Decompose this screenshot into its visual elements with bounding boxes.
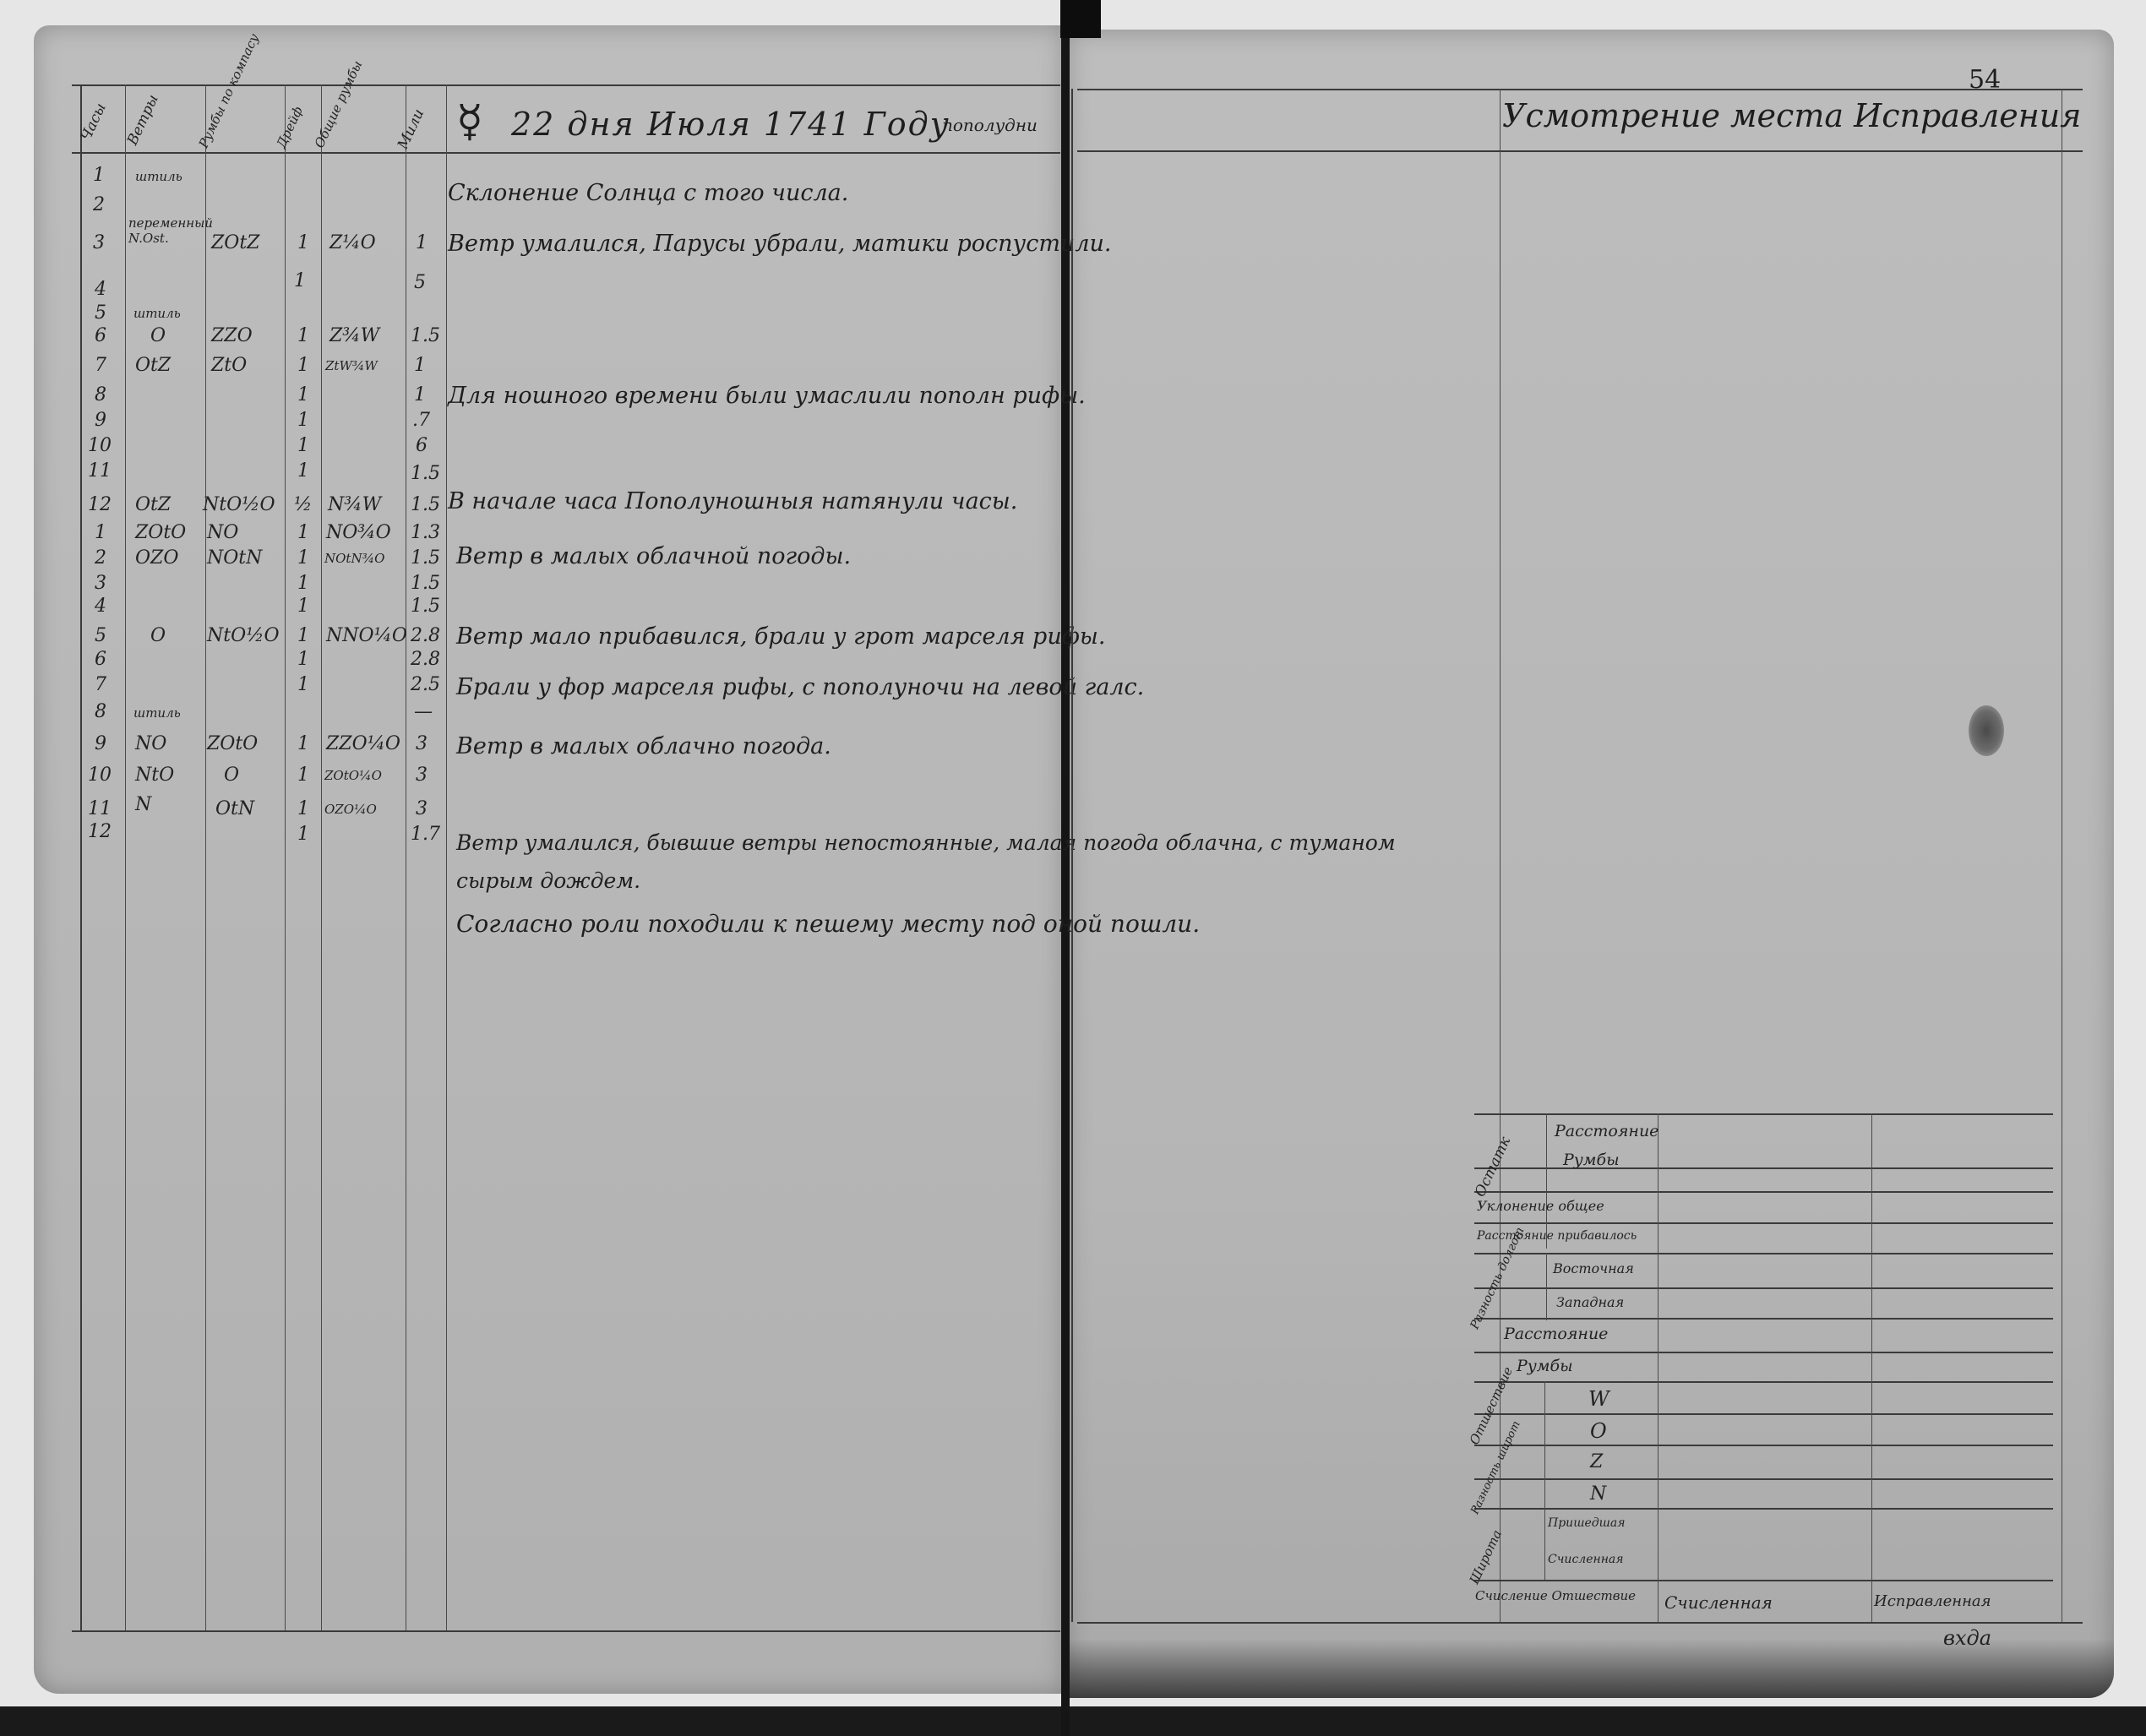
page-number: 54	[1969, 68, 2001, 93]
row-wind: OtZ	[135, 494, 171, 515]
row-rhumb: ZOtZ	[211, 232, 259, 253]
row-wind: ZOtO	[135, 522, 186, 543]
row-course: NNO¼O	[326, 625, 407, 646]
row-miles: 1.3	[411, 522, 440, 543]
summary-rule	[1474, 1413, 2053, 1415]
row-hour: 11	[88, 798, 112, 819]
row-course: Z¾W	[330, 325, 379, 346]
row-drift: 1	[297, 384, 309, 405]
row-hour: 3	[93, 232, 105, 253]
row-wind: штиль	[133, 705, 181, 721]
remark: Ветр умалился, бывшие ветры непостоянные…	[456, 832, 1396, 853]
row-hour: 4	[95, 279, 106, 300]
row-rhumb: OtN	[215, 798, 254, 819]
row-rhumb: NOtN	[207, 547, 262, 569]
row-hour: 11	[88, 460, 112, 482]
row-miles: 1.5	[411, 463, 440, 484]
col-rule-hour-left	[80, 84, 82, 1630]
row-miles: 1.5	[411, 573, 440, 594]
row-drift: 1	[297, 232, 309, 253]
summary-rule	[1474, 1478, 2053, 1480]
row-label-reckoned: Счисленная	[1548, 1553, 1624, 1566]
scanner-bed-edge	[0, 1706, 2146, 1736]
summary-rule	[1474, 1580, 2053, 1581]
summary-rule	[1474, 1113, 2053, 1115]
row-miles: 1	[416, 232, 428, 253]
row-drift: 1	[294, 270, 306, 291]
row-wind: OZO	[135, 547, 178, 569]
row-course: ZtW¾W	[325, 358, 378, 373]
summary-vrule	[1546, 1113, 1547, 1249]
book-gutter	[1061, 0, 1070, 1736]
date-title: 22 дня Июля 1741 Году	[511, 108, 950, 140]
footer-reckoned: Счисленная	[1664, 1592, 1773, 1613]
row-label-south-Z: Z	[1590, 1451, 1603, 1472]
row-drift: 1	[297, 596, 309, 617]
row-miles: 3	[416, 765, 428, 786]
row-hour: 6	[95, 649, 106, 670]
row-course: N¾W	[328, 494, 381, 515]
remark: Согласно роли походили к пешему месту по…	[456, 912, 1200, 936]
row-label-distance-added: Расстояние прибавилось	[1477, 1229, 1637, 1243]
col-rule-3	[285, 84, 286, 1630]
row-hour: 1	[95, 522, 106, 543]
row-miles: 3	[416, 733, 428, 754]
summary-rule	[1474, 1222, 2053, 1224]
col-rule-2	[205, 84, 206, 1630]
remark: Ветр в малых облачно погода.	[456, 735, 831, 758]
row-hour: 9	[95, 733, 106, 754]
row-miles: —	[414, 701, 433, 722]
row-hour: 12	[88, 494, 112, 515]
row-course: Z¼O	[330, 232, 376, 253]
row-wind: O	[150, 325, 166, 346]
row-hour: 9	[95, 410, 106, 431]
col-rule-6	[446, 84, 447, 1630]
row-drift: 1	[297, 798, 309, 819]
summary-vrule	[1871, 1113, 1872, 1622]
row-drift: 1	[297, 325, 309, 346]
right-page-title: Усмотрение места Исправления	[1502, 100, 2081, 132]
row-wind: O	[150, 625, 166, 646]
summary-vrule	[1544, 1381, 1545, 1580]
summary-rule	[1474, 1167, 2053, 1169]
row-drift: 1	[297, 522, 309, 543]
remark: Для ношного времени были умаслили пополн…	[448, 384, 1086, 407]
row-hour: 4	[95, 596, 106, 617]
row-drift: ½	[294, 494, 312, 515]
row-drift: 1	[297, 649, 309, 670]
right-header-bottom-rule	[1077, 150, 2083, 152]
remark: Ветр мало прибавился, брали у грот марсе…	[456, 625, 1105, 648]
row-label-arrived: Пришедшая	[1548, 1516, 1626, 1530]
row-hour: 10	[88, 765, 112, 786]
bottom-rule	[72, 1630, 1060, 1632]
mercury-day-symbol: ☿	[456, 100, 483, 144]
binding-block	[1060, 0, 1101, 38]
row-drift: 1	[297, 674, 309, 695]
row-hour: 5	[95, 625, 106, 646]
row-hour: 8	[95, 701, 106, 722]
row-miles: 1.5	[411, 325, 440, 346]
footer-corrected-sub: вхда	[1943, 1626, 1991, 1650]
row-hour: 2	[95, 547, 106, 569]
row-label-east-O: O	[1590, 1419, 1607, 1443]
date-title-suffix: пополудни	[942, 117, 1038, 133]
summary-vrule	[1546, 1253, 1547, 1320]
summary-vrule	[1658, 1113, 1659, 1622]
row-rhumb: NtO½O	[203, 494, 275, 515]
row-miles: 6	[416, 435, 428, 456]
summary-rule	[1474, 1318, 2053, 1320]
row-course: NO¾O	[326, 522, 391, 543]
col-rule-4	[321, 84, 322, 1630]
row-wind: штиль	[133, 306, 181, 321]
row-miles: 2.5	[411, 674, 440, 695]
row-miles: 2.8	[411, 649, 440, 670]
row-label-rhumbs-2: Румбы	[1517, 1357, 1573, 1375]
row-hour: 7	[95, 355, 106, 376]
row-miles: 2.8	[411, 625, 440, 646]
remark: Склонение Солнца с того числа.	[448, 182, 848, 204]
row-rhumb: NO	[207, 522, 238, 543]
header-top-rule	[72, 84, 1060, 86]
row-course: OZO¼O	[324, 802, 377, 817]
row-miles: 5	[414, 272, 426, 293]
row-drift: 1	[297, 355, 309, 376]
row-drift: 1	[297, 733, 309, 754]
row-hour: 2	[93, 194, 105, 215]
row-wind: NtO	[135, 765, 174, 786]
row-label-west-W: W	[1588, 1387, 1609, 1411]
row-label-distance-2: Расстояние	[1504, 1325, 1608, 1343]
row-hour: 5	[95, 302, 106, 324]
row-drift: 1	[297, 435, 309, 456]
row-drift: 1	[297, 573, 309, 594]
summary-rule	[1474, 1287, 2053, 1289]
row-hour: 1	[93, 165, 105, 186]
row-wind: переменный N.Ost.	[128, 215, 203, 246]
summary-rule	[1474, 1253, 2053, 1254]
row-hour: 3	[95, 573, 106, 594]
remark: Ветр в малых облачной погоды.	[456, 545, 851, 568]
row-miles: 3	[416, 798, 428, 819]
row-hour: 8	[95, 384, 106, 405]
ink-blot	[1969, 705, 2004, 756]
remark: сырым дождем.	[456, 870, 640, 891]
row-course: ZOtO¼O	[324, 768, 382, 783]
row-label-north-N: N	[1590, 1483, 1606, 1505]
right-page-right-rule	[2062, 89, 2062, 1622]
footer-reckoning-departure: Счисление Отшествие	[1475, 1588, 1636, 1603]
row-hour: 6	[95, 325, 106, 346]
row-wind: OtZ	[135, 355, 171, 376]
row-miles: 1.5	[411, 596, 440, 617]
row-miles: .7	[412, 410, 430, 431]
footer-corrected: Исправленная	[1874, 1592, 1991, 1610]
row-miles: 1.5	[411, 547, 440, 569]
left-page	[34, 25, 1065, 1694]
row-miles: 1.5	[411, 494, 440, 515]
remark: Брали у фор марселя рифы, с пополуночи н…	[456, 676, 1144, 699]
row-drift: 1	[297, 547, 309, 569]
row-drift: 1	[297, 824, 309, 845]
row-rhumb: NtO½O	[207, 625, 280, 646]
row-wind: N	[135, 794, 151, 815]
col-rule-5	[406, 84, 406, 1630]
row-label-distance: Расстояние	[1555, 1122, 1659, 1140]
row-label-west: Западная	[1556, 1294, 1624, 1310]
row-drift: 1	[297, 765, 309, 786]
header-bottom-rule	[72, 152, 1060, 154]
col-rule-1	[125, 84, 126, 1630]
row-hour: 7	[95, 674, 106, 695]
remark: В начале часа Пополуношныя натянули часы…	[448, 490, 1017, 513]
row-rhumb: ZZO	[211, 325, 253, 346]
right-page	[1066, 30, 2114, 1698]
row-drift: 1	[297, 410, 309, 431]
right-header-top-rule	[1077, 89, 2083, 90]
summary-rule	[1474, 1381, 2053, 1383]
summary-rule	[1474, 1508, 2053, 1510]
row-rhumb: ZOtO	[207, 733, 258, 754]
remark: Ветр умалился, Парусы убрали, матики рос…	[448, 232, 1111, 255]
row-drift: 1	[297, 460, 309, 482]
row-hour: 10	[88, 435, 112, 456]
row-rhumb: O	[224, 765, 239, 786]
summary-rule	[1474, 1352, 2053, 1353]
row-hour: 12	[88, 821, 112, 842]
row-rhumb: ZtO	[211, 355, 247, 376]
row-miles: 1.7	[411, 824, 440, 845]
row-wind: NO	[135, 733, 166, 754]
summary-rule	[1474, 1191, 2053, 1193]
row-course: NOtN¾O	[324, 551, 384, 566]
row-label-general-deviation: Уклонение общее	[1477, 1198, 1604, 1214]
row-miles: 1	[414, 384, 426, 405]
row-course: ZZO¼O	[326, 733, 400, 754]
summary-rule	[1474, 1445, 2053, 1446]
row-drift: 1	[297, 625, 309, 646]
right-bottom-rule	[1077, 1622, 2083, 1624]
row-wind: штиль	[135, 169, 182, 184]
row-label-rhumbs: Румбы	[1563, 1151, 1620, 1169]
row-miles: 1	[414, 355, 426, 376]
right-page-left-rule	[1071, 89, 1073, 1622]
row-label-east: Восточная	[1553, 1260, 1634, 1276]
